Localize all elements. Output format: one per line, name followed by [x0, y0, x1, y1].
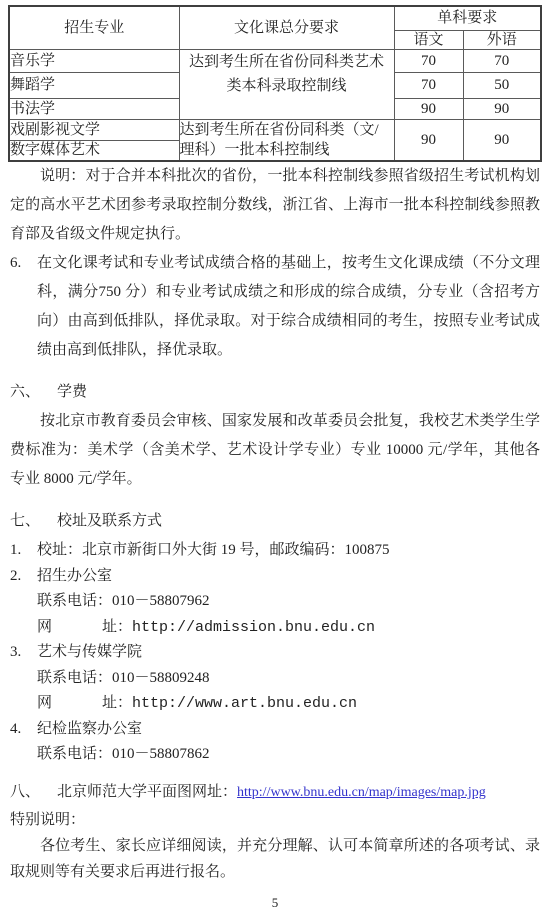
section-contact-marker: 七、: [10, 507, 57, 536]
phone-label: 联系电话：: [37, 593, 112, 609]
item6-line: 绩由高到低排队，择优录取。: [37, 336, 540, 365]
discipline-office-phone: 010－58807862: [112, 746, 210, 762]
admission-office-web-line: 网址：http://admission.bnu.edu.cn: [10, 615, 540, 641]
score-dance-foreign: 50: [463, 73, 541, 99]
note-line: 说明：对于合并本科批次的省份，一批本科控制线参照省级招生考试机构划: [10, 162, 540, 191]
tuition-line: 按北京市教育委员会审核、国家发展和改革委员会批复，我校艺术类学生学: [10, 407, 540, 436]
discipline-office-phone-line: 联系电话：010－58807862: [10, 742, 540, 768]
item6-line: 在文化课考试和专业考试成绩合格的基础上，按考生文化课成绩（不分文理: [37, 249, 540, 278]
discipline-office-name: 纪检监察办公室: [37, 721, 142, 737]
major-dance: 舞蹈学: [9, 73, 179, 99]
score-dance-chinese: 70: [394, 73, 463, 99]
art-school-name: 艺术与传媒学院: [37, 644, 142, 660]
web-label: 网址: [37, 691, 117, 717]
section-contact-title: 校址及联系方式: [57, 513, 162, 529]
special-note-paragraph: 各位考生、家长应详细阅读，并充分理解、认可本简章所述的各项考试、录 取规则等有关…: [10, 833, 540, 885]
contact-item-discipline-office: 4. 纪检监察办公室: [10, 717, 540, 743]
art-school-phone: 010－58809248: [112, 670, 210, 686]
item6-marker: 6.: [10, 249, 21, 278]
score-calligraphy-chinese: 90: [394, 99, 463, 120]
major-music: 音乐学: [9, 50, 179, 73]
section-tuition-marker: 六、: [10, 378, 57, 407]
special-note-line: 取规则等有关要求后再进行报名。: [10, 859, 540, 885]
contact-item1-marker: 1.: [10, 538, 21, 564]
section-tuition-title: 学费: [57, 384, 87, 400]
section-map-marker: 八、: [10, 778, 57, 807]
table-note-paragraph: 说明：对于合并本科批次的省份，一批本科控制线参照省级招生考试机构划 定的高水平艺…: [10, 162, 540, 249]
tuition-paragraph: 按北京市教育委员会审核、国家发展和改革委员会批复，我校艺术类学生学 费标准为：美…: [10, 407, 540, 494]
web-colon: ：: [117, 619, 132, 635]
requirement-first-batch-cell: 达到考生所在省份同科类（文/ 理科）一批本科控制线: [179, 120, 394, 162]
section-map-heading: 八、北京师范大学平面图网址：http://www.bnu.edu.cn/map/…: [10, 778, 540, 807]
major-digital-media: 数字媒体艺术: [9, 141, 179, 161]
header-single-subject: 单科要求: [394, 6, 541, 30]
contact-item-art-school: 3. 艺术与传媒学院: [10, 640, 540, 666]
admission-office-url: http://admission.bnu.edu.cn: [132, 619, 375, 636]
score-music-foreign: 70: [463, 50, 541, 73]
contact-item4-marker: 4.: [10, 717, 21, 743]
web-label: 网址: [37, 615, 117, 641]
contact-item3-marker: 3.: [10, 640, 21, 666]
section-map-title: 北京师范大学平面图网址：: [57, 784, 237, 800]
tuition-line: 费标准为：美术学（含美术学、艺术设计学专业）专业 10000 元/学年，其他各: [10, 436, 540, 465]
requirement-art-line2: 类本科录取控制线: [180, 74, 394, 98]
special-note-title: 特别说明：: [10, 807, 540, 833]
requirement-first-batch-line1: 达到考生所在省份同科类（文/: [180, 120, 394, 140]
contact-list: 1. 校址：北京市新街口外大街 19 号，邮政编码：100875 2. 招生办公…: [10, 538, 540, 768]
page-number: 5: [10, 895, 540, 909]
score-drama-digital-foreign: 90: [463, 120, 541, 162]
admission-office-phone: 010－58807962: [112, 593, 210, 609]
admission-office-name: 招生办公室: [37, 568, 112, 584]
major-calligraphy: 书法学: [9, 99, 179, 120]
score-drama-digital-chinese: 90: [394, 120, 463, 162]
note-line: 育部及省级文件规定执行。: [10, 220, 540, 249]
requirement-art-cell: 达到考生所在省份同科类艺术 类本科录取控制线: [179, 50, 394, 120]
score-music-chinese: 70: [394, 50, 463, 73]
campus-map-link[interactable]: http://www.bnu.edu.cn/map/images/map.jpg: [237, 785, 486, 800]
contact-item-admission-office: 2. 招生办公室: [10, 564, 540, 590]
item6-line: 科，满分750 分）和专业考试成绩之和形成的综合成绩，分专业（含招考方: [37, 278, 540, 307]
item6-line: 向）由高到低排队，择优录取。对于综合成绩相同的考生，按照专业考试成: [37, 307, 540, 336]
note-line: 定的高水平艺术团参考录取控制分数线，浙江省、上海市一批本科控制线参照教: [10, 191, 540, 220]
special-note-line: 各位考生、家长应详细阅读，并充分理解、认可本简章所述的各项考试、录: [10, 833, 540, 859]
document-page: 招生专业 文化课总分要求 单科要求 语文 外语 音乐学 达到考生所在省份同科类艺…: [0, 5, 550, 909]
art-school-web-line: 网址：http://www.art.bnu.edu.cn: [10, 691, 540, 717]
table-row: 音乐学 达到考生所在省份同科类艺术 类本科录取控制线 70 70: [9, 50, 541, 73]
header-foreign-lang: 外语: [463, 30, 541, 50]
art-school-phone-line: 联系电话：010－58809248: [10, 666, 540, 692]
requirement-first-batch-line2: 理科）一批本科控制线: [180, 140, 394, 160]
section-contact-heading: 七、校址及联系方式: [10, 507, 540, 536]
header-major: 招生专业: [9, 6, 179, 50]
phone-label: 联系电话：: [37, 670, 112, 686]
admission-office-phone-line: 联系电话：010－58807962: [10, 589, 540, 615]
table-row: 戏剧影视文学 达到考生所在省份同科类（文/ 理科）一批本科控制线 90 90: [9, 120, 541, 141]
section-tuition-heading: 六、学费: [10, 378, 540, 407]
admission-requirements-table: 招生专业 文化课总分要求 单科要求 语文 外语 音乐学 达到考生所在省份同科类艺…: [8, 5, 542, 162]
header-chinese: 语文: [394, 30, 463, 50]
major-drama: 戏剧影视文学: [9, 120, 179, 141]
list-item-6: 6. 在文化课考试和专业考试成绩合格的基础上，按考生文化课成绩（不分文理 科，满…: [10, 249, 540, 365]
requirement-art-line1: 达到考生所在省份同科类艺术: [180, 50, 394, 74]
header-culture-total: 文化课总分要求: [179, 6, 394, 50]
contact-item-address: 1. 校址：北京市新街口外大街 19 号，邮政编码：100875: [10, 538, 540, 564]
phone-label: 联系电话：: [37, 746, 112, 762]
campus-address: 校址：北京市新街口外大街 19 号，邮政编码：100875: [37, 542, 390, 558]
web-colon: ：: [117, 695, 132, 711]
contact-item2-marker: 2.: [10, 564, 21, 590]
score-calligraphy-foreign: 90: [463, 99, 541, 120]
tuition-line: 专业 8000 元/学年。: [10, 465, 540, 494]
art-school-url: http://www.art.bnu.edu.cn: [132, 695, 357, 712]
